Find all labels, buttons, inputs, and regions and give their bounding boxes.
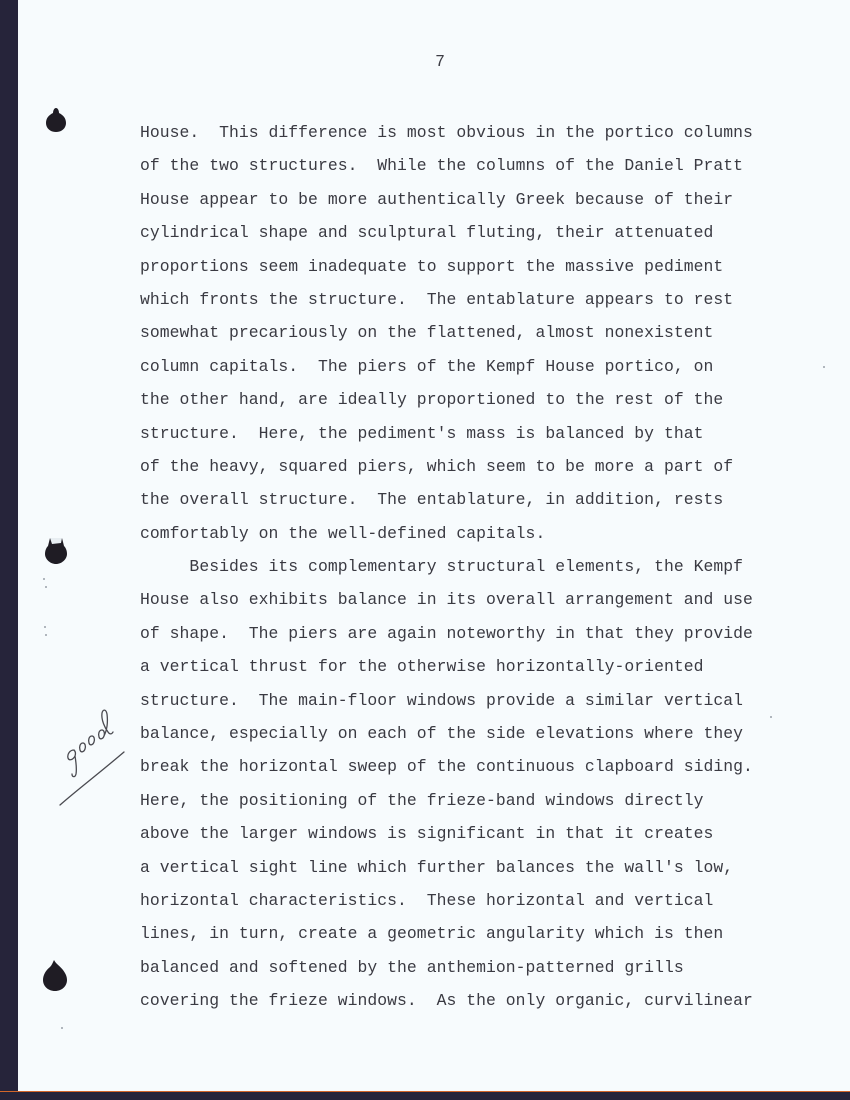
page-number: 7: [430, 52, 450, 71]
handwritten-comment: good: [52, 690, 132, 810]
text-line: horizontal characteristics. These horizo…: [140, 884, 780, 917]
punch-hole-icon: [45, 104, 67, 130]
scan-speck: [45, 586, 47, 588]
scan-speck: [44, 626, 46, 628]
handwriting-good-icon: good: [52, 690, 132, 810]
text-line: column capitals. The piers of the Kempf …: [140, 350, 780, 383]
body-text: House. This difference is most obvious i…: [140, 116, 780, 1018]
text-line: lines, in turn, create a geometric angul…: [140, 917, 780, 950]
text-line: above the larger windows is significant …: [140, 817, 780, 850]
text-line: of the two structures. While the columns…: [140, 149, 780, 182]
text-line: House. This difference is most obvious i…: [140, 116, 780, 149]
text-line: covering the frieze windows. As the only…: [140, 984, 780, 1017]
text-line: comfortably on the well-defined capitals…: [140, 517, 780, 550]
text-line: the other hand, are ideally proportioned…: [140, 383, 780, 416]
text-line: which fronts the structure. The entablat…: [140, 283, 780, 316]
scan-speck: [823, 366, 825, 368]
scan-speck: [61, 1027, 63, 1029]
text-line: cylindrical shape and sculptural fluting…: [140, 216, 780, 249]
scanner-left-edge: [0, 0, 18, 1100]
scan-speck: [770, 716, 772, 718]
text-line: of shape. The piers are again noteworthy…: [140, 617, 780, 650]
scan-speck: [45, 634, 47, 636]
text-line: House appear to be more authentically Gr…: [140, 183, 780, 216]
text-line: break the horizontal sweep of the contin…: [140, 750, 780, 783]
text-line: structure. Here, the pediment's mass is …: [140, 417, 780, 450]
text-line: the overall structure. The entablature, …: [140, 483, 780, 516]
text-line: somewhat precariously on the flattened, …: [140, 316, 780, 349]
text-line: House also exhibits balance in its overa…: [140, 583, 780, 616]
text-line: proportions seem inadequate to support t…: [140, 250, 780, 283]
text-line: structure. The main-floor windows provid…: [140, 684, 780, 717]
text-line: a vertical sight line which further bala…: [140, 851, 780, 884]
text-line: a vertical thrust for the otherwise hori…: [140, 650, 780, 683]
text-line: Here, the positioning of the frieze-band…: [140, 784, 780, 817]
text-line: balanced and softened by the anthemion-p…: [140, 951, 780, 984]
text-line: of the heavy, squared piers, which seem …: [140, 450, 780, 483]
scanner-bottom-edge: [0, 1091, 850, 1100]
text-line: Besides its complementary structural ele…: [140, 550, 780, 583]
scan-speck: [43, 578, 45, 580]
punch-hole-icon: [44, 534, 66, 560]
text-line: balance, especially on each of the side …: [140, 717, 780, 750]
punch-hole-icon: [42, 958, 64, 984]
